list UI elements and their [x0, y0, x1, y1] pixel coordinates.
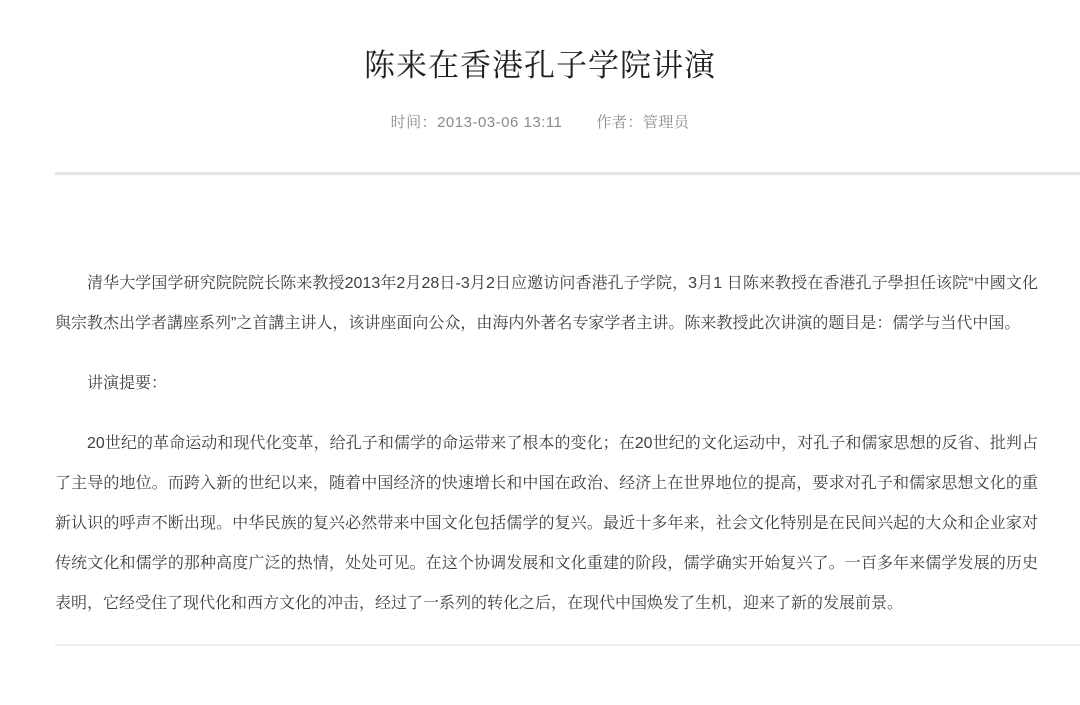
page-title: 陈来在香港孔子学院讲演 — [0, 0, 1080, 87]
meta-author-label: 作者： — [596, 111, 643, 132]
paragraph-intro: 清华大学国学研究院院院长陈来教授2013年2月28日-3月2日应邀访问香港孔子学… — [55, 264, 1038, 344]
bottom-divider — [55, 644, 1080, 646]
paragraph-summary: 20世纪的革命运动和现代化变革，给孔子和儒学的命运带来了根本的变化；在20世纪的… — [55, 424, 1038, 624]
meta-time-value: 2013-03-06 13:11 — [437, 114, 562, 131]
meta-author-value: 管理员 — [643, 111, 690, 132]
meta-time-label: 时间： — [391, 111, 438, 132]
article-meta: 时间：2013-03-06 13:11作者：管理员 — [0, 111, 1080, 132]
article-body: 清华大学国学研究院院院长陈来教授2013年2月28日-3月2日应邀访问香港孔子学… — [0, 175, 1080, 624]
paragraph-summary-heading: 讲演提要： — [55, 364, 1038, 404]
